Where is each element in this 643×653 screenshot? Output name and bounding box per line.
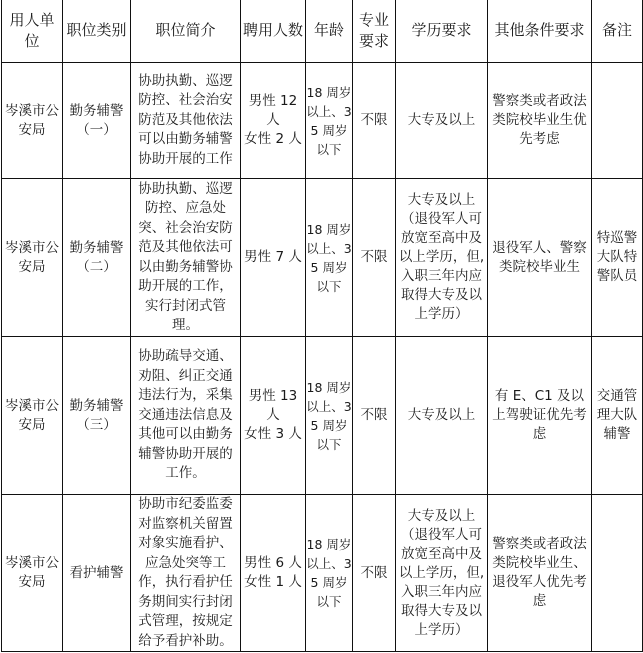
cell-description: 协助疏导交通、劝阻、纠正交通违法行为，采集交通违法信息及其他可以由勤务辅警协助开… — [131, 337, 241, 495]
cell-other: 警察类或者政法类院校毕业生、退役军人优先考虑 — [488, 495, 592, 652]
cell-education: 大专及以上 — [396, 63, 488, 179]
headcount-male: 男性 6 人 — [243, 554, 303, 573]
cell-age: 18 周岁以上、35 周岁以下 — [306, 63, 353, 179]
table-row: 岑溪市公安局 勤务辅警（一） 协助执勤、巡逻防控、社会治安防范及其他依法可以由勤… — [2, 63, 643, 179]
cell-major: 不限 — [353, 63, 396, 179]
header-education: 学历要求 — [396, 0, 488, 63]
cell-unit: 岑溪市公安局 — [2, 63, 63, 179]
header-remarks: 备注 — [592, 0, 643, 63]
cell-remarks: 交通管理大队辅警 — [592, 337, 643, 495]
cell-major: 不限 — [353, 337, 396, 495]
cell-age: 18 周岁以上、35 周岁以下 — [306, 495, 353, 652]
header-description: 职位简介 — [131, 0, 241, 63]
cell-description: 协助执勤、巡逻防控、社会治安防范及其他依法可以由勤务辅警协助开展的工作 — [131, 63, 241, 179]
headcount-male: 男性 12 人 — [243, 92, 303, 130]
cell-education: 大专及以上（退役军人可放宽至高中及以上学历，但,入职三年内应取得大专及以上学历） — [396, 179, 488, 337]
cell-remarks — [592, 495, 643, 652]
cell-category: 勤务辅警（三） — [63, 337, 131, 495]
cell-age: 18 周岁以上、35 周岁以下 — [306, 179, 353, 337]
table-header-row: 用人单位 职位类别 职位简介 聘用人数 年龄 专业要求 学历要求 其他条件要求 … — [2, 0, 643, 63]
cell-unit: 岑溪市公安局 — [2, 337, 63, 495]
cell-other: 警察类或者政法类院校毕业生优先考虑 — [488, 63, 592, 179]
cell-remarks — [592, 63, 643, 179]
headcount-female: 女性 3 人 — [243, 425, 303, 444]
headcount-female: 女性 1 人 — [243, 573, 303, 592]
headcount-male: 男性 13 人 — [243, 387, 303, 425]
cell-education: 大专及以上 — [396, 337, 488, 495]
table-row: 岑溪市公安局 勤务辅警（三） 协助疏导交通、劝阻、纠正交通违法行为，采集交通违法… — [2, 337, 643, 495]
table-row: 岑溪市公安局 看护辅警 协助市纪委监委对监察机关留置对象实施看护、应急处突等工作… — [2, 495, 643, 652]
recruitment-table: 用人单位 职位类别 职位简介 聘用人数 年龄 专业要求 学历要求 其他条件要求 … — [1, 0, 643, 652]
header-category: 职位类别 — [63, 0, 131, 63]
cell-headcount: 男性 7 人 — [241, 179, 306, 337]
header-major: 专业要求 — [353, 0, 396, 63]
cell-category: 勤务辅警（二） — [63, 179, 131, 337]
recruitment-table-container: 用人单位 职位类别 职位简介 聘用人数 年龄 专业要求 学历要求 其他条件要求 … — [1, 0, 643, 652]
cell-remarks: 特巡警大队特警队员 — [592, 179, 643, 337]
headcount-male: 男性 7 人 — [243, 248, 303, 267]
cell-other: 退役军人、警察类院校毕业生 — [488, 179, 592, 337]
cell-major: 不限 — [353, 495, 396, 652]
table-row: 岑溪市公安局 勤务辅警（二） 协助执勤、巡逻防控、应急处突、社会治安防范及其他依… — [2, 179, 643, 337]
cell-category: 勤务辅警（一） — [63, 63, 131, 179]
headcount-female: 女性 2 人 — [243, 130, 303, 149]
header-other: 其他条件要求 — [488, 0, 592, 63]
cell-headcount: 男性 13 人 女性 3 人 — [241, 337, 306, 495]
cell-description: 协助执勤、巡逻防控、应急处突、社会治安防范及其他依法可以由勤务辅警协助开展的工作… — [131, 179, 241, 337]
cell-headcount: 男性 6 人 女性 1 人 — [241, 495, 306, 652]
cell-major: 不限 — [353, 179, 396, 337]
header-age: 年龄 — [306, 0, 353, 63]
cell-unit: 岑溪市公安局 — [2, 495, 63, 652]
cell-education: 大专及以上（退役军人可放宽至高中及以上学历，但,入职三年内应取得大专及以上学历） — [396, 495, 488, 652]
cell-headcount: 男性 12 人 女性 2 人 — [241, 63, 306, 179]
header-headcount: 聘用人数 — [241, 0, 306, 63]
cell-other: 有 E、C1 及以上驾驶证优先考虑 — [488, 337, 592, 495]
cell-category: 看护辅警 — [63, 495, 131, 652]
cell-age: 18 周岁以上、35 周岁以下 — [306, 337, 353, 495]
header-unit: 用人单位 — [2, 0, 63, 63]
cell-description: 协助市纪委监委对监察机关留置对象实施看护、应急处突等工作，执行看护任务期间实行封… — [131, 495, 241, 652]
cell-unit: 岑溪市公安局 — [2, 179, 63, 337]
